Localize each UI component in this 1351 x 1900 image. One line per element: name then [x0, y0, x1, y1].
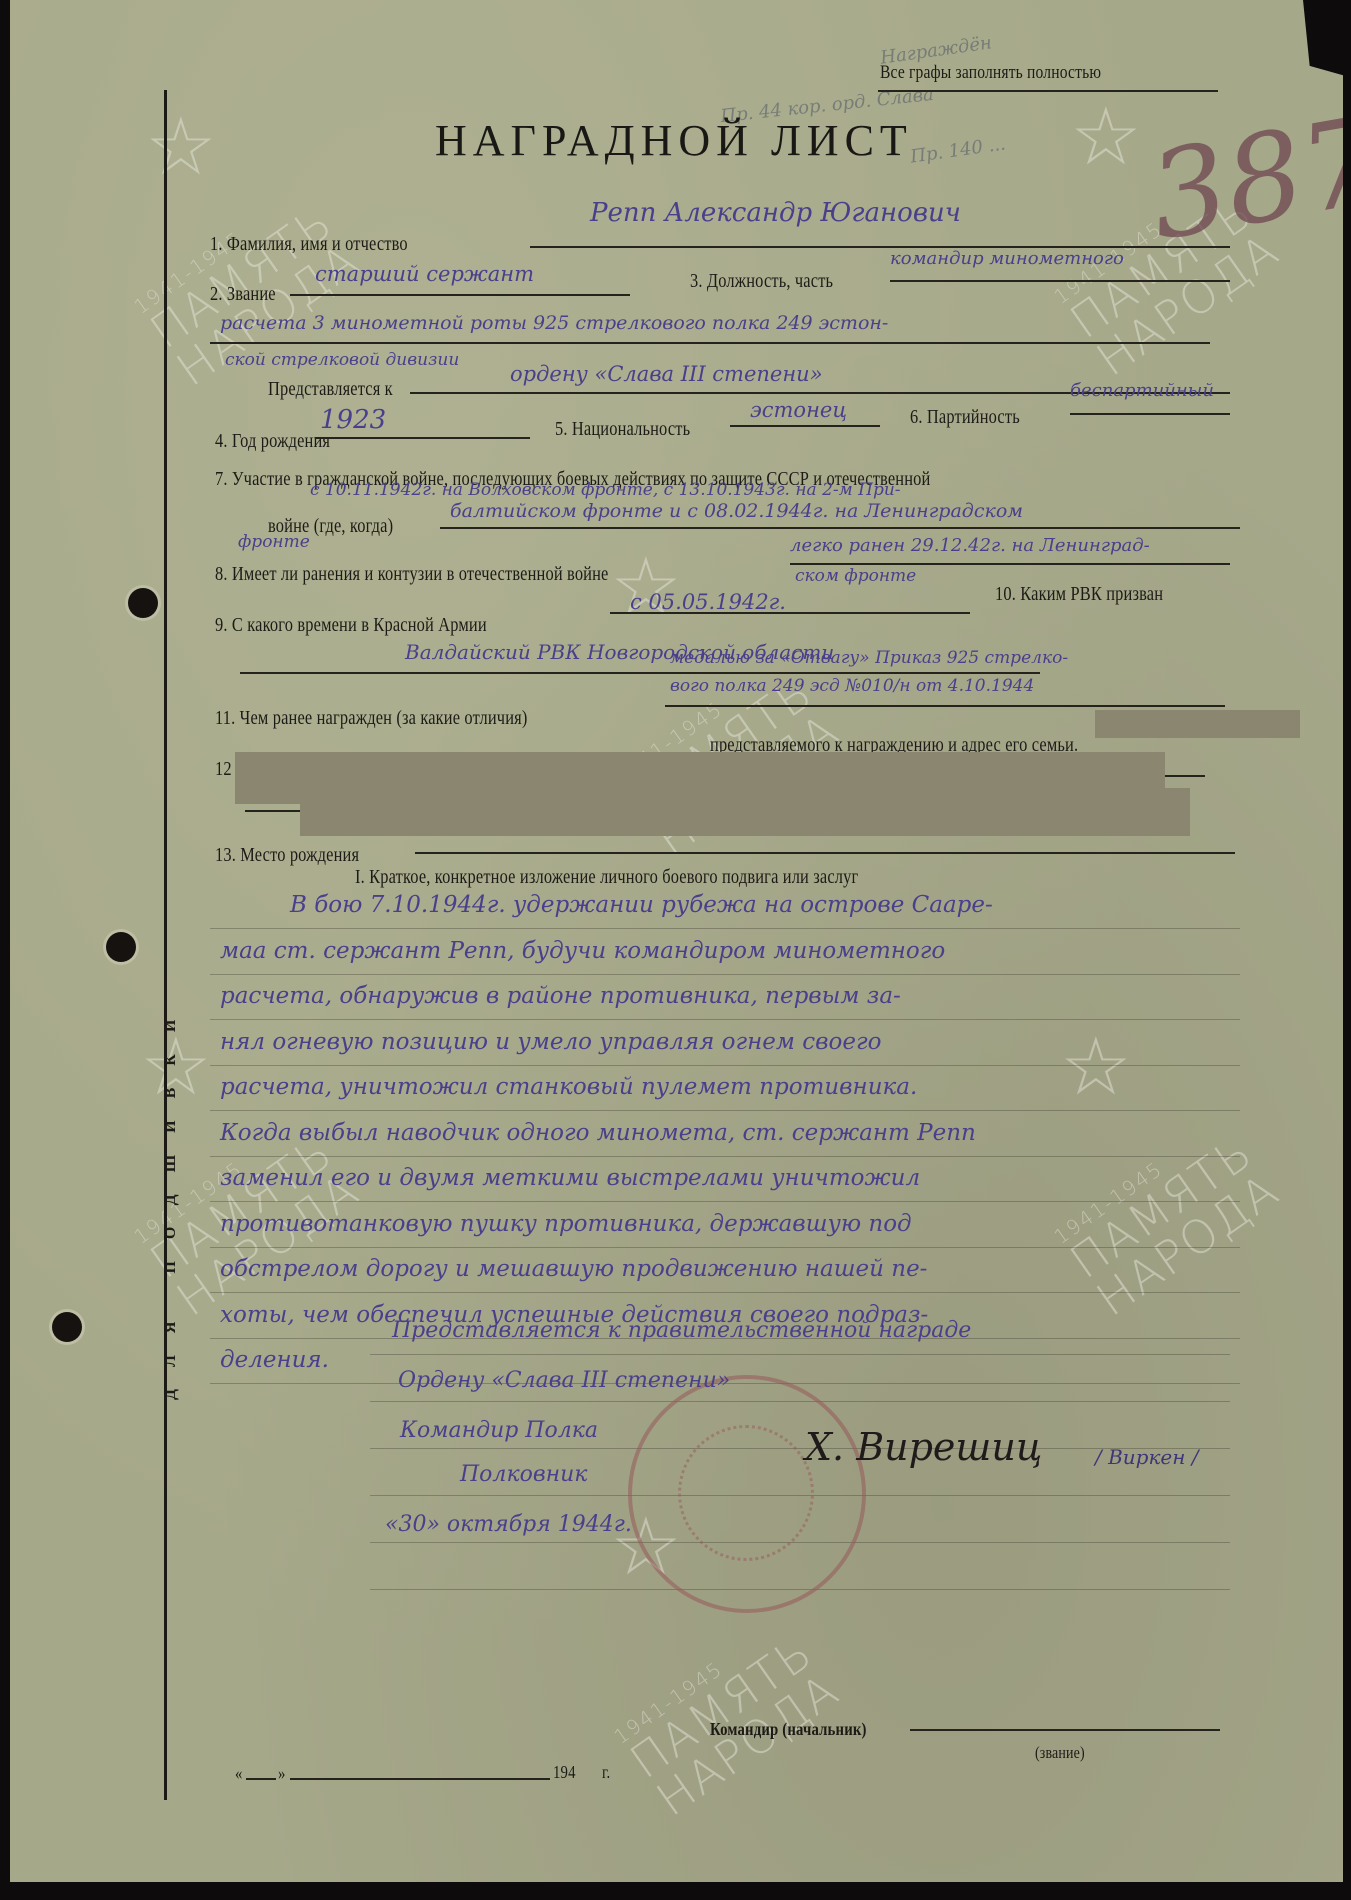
- ruled-line: [210, 1201, 1240, 1202]
- feat-text-line: расчета, обнаружив в районе противника, …: [220, 983, 901, 1009]
- field-underline: [1165, 775, 1205, 777]
- year-suffix: г.: [602, 1762, 610, 1783]
- field-value-position: ской стрелковой дивизии: [225, 350, 459, 370]
- signer-rank: Полковник: [460, 1462, 587, 1487]
- signer-title: Командир Полка: [400, 1418, 598, 1443]
- field-underline: [315, 437, 530, 439]
- signer-name: / Виркен /: [1095, 1445, 1199, 1469]
- field-label-wounds: 8. Имеет ли ранения и контузии в отечест…: [215, 563, 609, 586]
- field-label-family-number: 12: [215, 758, 232, 781]
- commander-label: Командир (начальник): [710, 1719, 867, 1740]
- feat-text-line: противотанковую пушку противника, держав…: [220, 1211, 912, 1237]
- field-underline: [1070, 413, 1230, 415]
- year-prefix: 194: [553, 1762, 576, 1783]
- field-underline: [910, 1729, 1220, 1731]
- date-open-quote: «: [235, 1763, 243, 1784]
- field-label-position: 3. Должность, часть: [690, 270, 833, 293]
- ruled-line: [210, 974, 1240, 975]
- ruled-line: [210, 1110, 1240, 1111]
- field-label-army-since: 9. С какого времени в Красной Армии: [215, 614, 487, 637]
- field-value-presented: ордену «Слава III степени»: [510, 362, 823, 386]
- field-value-war-participation: балтийском фронте и с 08.02.1944г. на Ле…: [450, 500, 1023, 522]
- field-value-army-since: с 05.05.1942г.: [630, 590, 786, 614]
- stamp-emblem-icon: [678, 1425, 814, 1561]
- field-label-rank: 2. Звание: [210, 283, 276, 306]
- watermark: 1941-1945 ПАМЯТЬ НАРОДА: [610, 1610, 847, 1823]
- header-underline: [878, 90, 1218, 92]
- field-underline: [530, 246, 1230, 248]
- field-value-war-participation: фронте: [238, 532, 310, 552]
- ruled-line: [210, 1065, 1240, 1066]
- field-label-party: 6. Партийность: [910, 406, 1020, 429]
- date-close-quote: »: [278, 1763, 286, 1784]
- field-value-position: командир минометного: [890, 248, 1124, 269]
- field-underline: [730, 425, 880, 427]
- field-underline: [610, 612, 970, 614]
- punch-hole: [106, 932, 136, 962]
- faded-note: Пр. 140 ...: [909, 133, 1007, 167]
- field-underline: [290, 294, 630, 296]
- star-watermark-icon: ☆: [1070, 90, 1142, 183]
- field-underline: [245, 810, 300, 812]
- star-watermark-icon: ☆: [610, 540, 682, 633]
- ruled-line: [210, 1019, 1240, 1020]
- feat-text-line: обстрелом дорогу и мешавшую продвижению …: [220, 1256, 927, 1282]
- conclusion-line: Ордену «Слава III степени»: [398, 1368, 730, 1393]
- feat-text-line: деления.: [220, 1347, 329, 1373]
- field-underline: [665, 705, 1225, 707]
- field-label-name: 1. Фамилия, имя и отчество: [210, 233, 408, 256]
- punch-hole: [52, 1312, 82, 1342]
- ruled-line: [210, 1156, 1240, 1157]
- header-instruction: Все графы заполнять полностью: [880, 62, 1101, 84]
- binding-side-label: ДЛЯ ПОДШИВКИ: [162, 520, 180, 1400]
- field-underline: [790, 563, 1230, 565]
- feat-text-line: нял огневую позицию и умело управляя огн…: [220, 1029, 881, 1055]
- field-underline: [890, 280, 1230, 282]
- punch-hole: [128, 588, 158, 618]
- ruled-line: [210, 928, 1240, 929]
- redaction-block: [1095, 710, 1300, 738]
- award-sheet-page: ☆ 1941-1945 ПАМЯТЬ НАРОДА ☆ 1941-1945 ПА…: [10, 0, 1343, 1882]
- field-underline: [415, 852, 1235, 854]
- field-label-prior-awards: 11. Чем ранее награжден (за какие отличи…: [215, 707, 527, 730]
- field-value-nationality: эстонец: [750, 398, 847, 422]
- signing-date: «30» октября 1944г.: [385, 1512, 632, 1537]
- registration-number: 387: [1140, 91, 1351, 268]
- conclusion-line: Представляется к правительственной награ…: [392, 1318, 971, 1343]
- ruled-line: [210, 1292, 1240, 1293]
- field-value-rank: старший сержант: [315, 262, 534, 286]
- field-value-party: беспартийный: [1070, 380, 1214, 401]
- rank-caption: (звание): [1035, 1743, 1085, 1763]
- feat-text-line: В бою 7.10.1944г. удержании рубежа на ос…: [290, 892, 993, 918]
- field-underline: [290, 1778, 550, 1780]
- field-value-prior-awards: медалью за «Отвагу» Приказ 925 стрелко-: [670, 648, 1068, 668]
- field-label-birth-year: 4. Год рождения: [215, 430, 330, 453]
- field-underline: [210, 342, 1210, 344]
- field-value-birth-year: 1923: [320, 405, 386, 435]
- field-value-wounds: легко ранен 29.12.42г. на Ленинград-: [790, 535, 1150, 556]
- field-value-position: расчета 3 минометной роты 925 стрелковог…: [220, 312, 888, 334]
- field-label-presented: Представляется к: [268, 378, 393, 401]
- feat-text-line: маа ст. сержант Репп, будучи командиром …: [220, 938, 945, 964]
- field-label-birthplace: 13. Место рождения: [215, 844, 359, 867]
- field-label-nationality: 5. Национальность: [555, 418, 690, 441]
- section-heading: I. Краткое, конкретное изложение личного…: [355, 866, 858, 889]
- field-value-war-participation: с 10.11.1942г. на Волховском фронте, с 1…: [310, 480, 901, 500]
- feat-text-line: расчета, уничтожил станковый пулемет про…: [220, 1074, 917, 1100]
- feat-text-line: Когда выбыл наводчик одного миномета, ст…: [220, 1120, 976, 1146]
- ruled-line: [370, 1354, 1230, 1355]
- feat-text-line: заменил его и двумя меткими выстрелами у…: [220, 1165, 920, 1191]
- field-value-wounds: ском фронте: [795, 566, 916, 586]
- star-watermark-icon: ☆: [1060, 1020, 1132, 1113]
- signature: Х. Вирешиц: [805, 1425, 1042, 1469]
- document-title: НАГРАДНОЙ ЛИСТ: [435, 115, 913, 166]
- ruled-line: [210, 1247, 1240, 1248]
- field-value-name: Репп Александр Юганович: [590, 198, 961, 228]
- field-underline: [440, 527, 1240, 529]
- field-underline: [240, 672, 1040, 674]
- field-underline: [246, 1778, 276, 1780]
- field-value-prior-awards: вого полка 249 эсд №010/н от 4.10.1944: [670, 676, 1034, 696]
- field-label-recruitment-office: 10. Каким РВК призван: [995, 583, 1163, 606]
- star-watermark-icon: ☆: [145, 100, 217, 193]
- redaction-block: [300, 788, 1190, 836]
